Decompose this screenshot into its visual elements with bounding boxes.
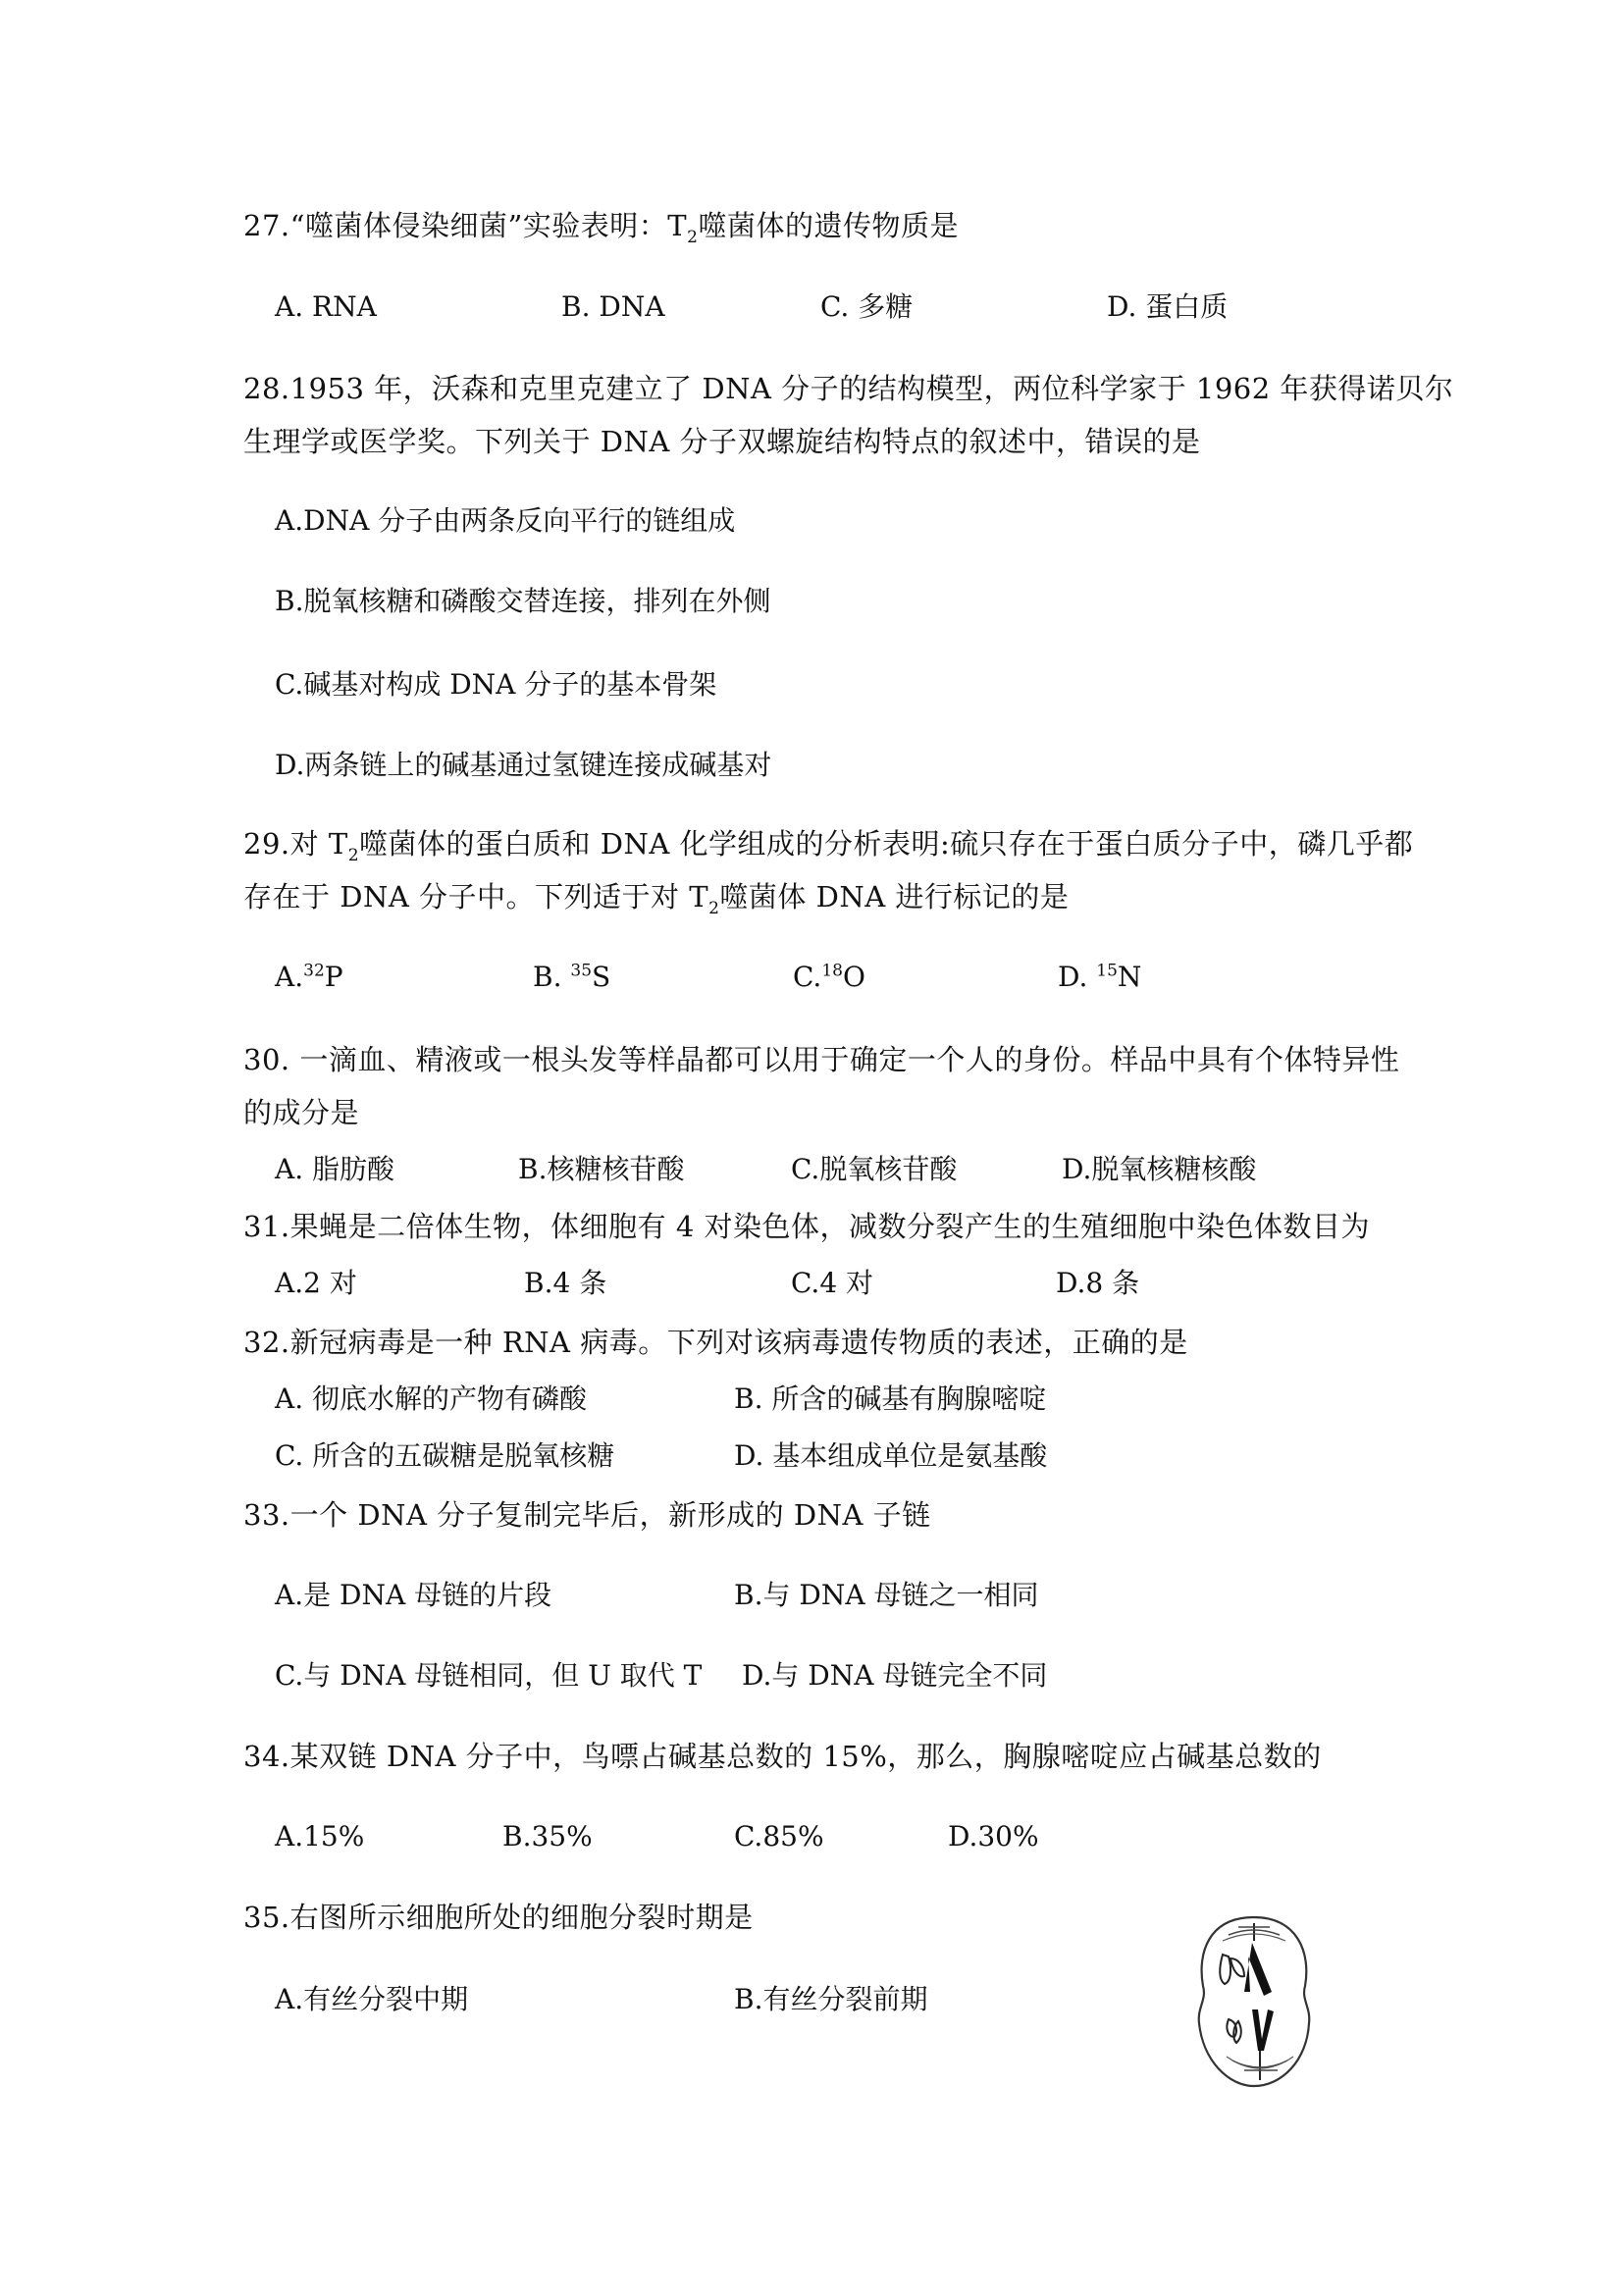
q29-option-d[interactable]: D. 15N [1058, 960, 1141, 995]
q31-option-d[interactable]: D.8 条 [1056, 1266, 1139, 1301]
subscript: 2 [348, 846, 359, 865]
q30-option-c[interactable]: C.脱氧核苷酸 [791, 1152, 957, 1187]
q33-option-c[interactable]: C.与 DNA 母链相同，但 U 取代 T [275, 1658, 702, 1694]
q33-option-d[interactable]: D.与 DNA 母链完全不同 [742, 1658, 1047, 1694]
question-35-stem: 35.右图所示细胞所处的细胞分裂时期是 [243, 1900, 754, 1935]
q33-option-a[interactable]: A.是 DNA 母链的片段 [275, 1578, 551, 1613]
stem-text: 29.对 T [243, 827, 348, 861]
q31-option-c[interactable]: C.4 对 [791, 1266, 873, 1301]
question-30-stem-line2: 的成分是 [243, 1095, 359, 1130]
q27-option-d[interactable]: D. 蛋白质 [1107, 289, 1228, 325]
question-31-stem: 31.果蝇是二倍体生物，体细胞有 4 对染色体，减数分裂产生的生殖细胞中染色体数… [243, 1209, 1370, 1244]
q32-option-b[interactable]: B. 所含的碱基有胸腺嘧啶 [734, 1382, 1046, 1417]
q30-option-b[interactable]: B.核糖核苷酸 [518, 1152, 684, 1187]
q28-option-a[interactable]: A.DNA 分子由两条反向平行的链组成 [275, 503, 735, 539]
question-33-stem: 33.一个 DNA 分子复制完毕后，新形成的 DNA 子链 [243, 1497, 931, 1533]
q27-option-c[interactable]: C. 多糖 [820, 289, 913, 325]
element-symbol: P [325, 961, 343, 993]
q27-option-b[interactable]: B. DNA [561, 289, 665, 325]
q33-option-b[interactable]: B.与 DNA 母链之一相同 [734, 1578, 1038, 1613]
q35-option-a[interactable]: A.有丝分裂中期 [275, 1982, 468, 2017]
q31-option-b[interactable]: B.4 条 [524, 1266, 606, 1301]
q28-option-c[interactable]: C.碱基对构成 DNA 分子的基本骨架 [275, 667, 716, 703]
q29-option-b[interactable]: B. 35S [533, 960, 610, 995]
subscript: 2 [708, 899, 719, 918]
option-prefix: B. [533, 961, 570, 993]
q29-option-a[interactable]: A.32P [275, 960, 343, 995]
isotope-mass: 35 [570, 962, 592, 981]
isotope-mass: 32 [303, 962, 325, 981]
stem-text: 噬菌体的蛋白质和 DNA 化学组成的分析表明:硫只存在于蛋白质分子中，磷几乎都 [359, 827, 1413, 861]
stem-text: 存在于 DNA 分子中。下列适于对 T [243, 880, 708, 913]
option-prefix: A. [275, 961, 303, 993]
q27-option-a[interactable]: A. RNA [275, 289, 377, 325]
cell-icon [1189, 1913, 1319, 2090]
question-27-stem: 27.“噬菌体侵染细菌”实验表明：T2噬菌体的遗传物质是 [243, 208, 959, 243]
question-27-stem-part2: 噬菌体的遗传物质是 [698, 209, 959, 242]
stem-text: 噬菌体 DNA 进行标记的是 [719, 880, 1069, 913]
question-34-stem: 34.某双链 DNA 分子中，鸟嘌占碱基总数的 15%，那么，胸腺嘧啶应占碱基总… [243, 1739, 1322, 1774]
question-30-stem-line1: 30. 一滴血、精液或一根头发等样晶都可以用于确定一个人的身份。样品中具有个体特… [243, 1042, 1399, 1077]
q34-option-c[interactable]: C.85% [734, 1819, 824, 1854]
q28-option-b[interactable]: B.脱氧核糖和磷酸交替连接，排列在外侧 [275, 584, 770, 619]
question-29-stem-line1: 29.对 T2噬菌体的蛋白质和 DNA 化学组成的分析表明:硫只存在于蛋白质分子… [243, 826, 1413, 861]
q32-option-d[interactable]: D. 基本组成单位是氨基酸 [734, 1438, 1047, 1474]
q30-option-d[interactable]: D.脱氧核糖核酸 [1062, 1152, 1256, 1187]
subscript: 2 [687, 228, 698, 247]
element-symbol: O [843, 961, 865, 993]
option-prefix: C. [793, 961, 821, 993]
q29-option-c[interactable]: C.18O [793, 960, 865, 995]
q34-option-d[interactable]: D.30% [948, 1819, 1039, 1854]
q34-option-a[interactable]: A.15% [275, 1819, 364, 1854]
q32-option-c[interactable]: C. 所含的五碳糖是脱氧核糖 [275, 1438, 614, 1474]
q28-option-d[interactable]: D.两条链上的碱基通过氢键连接成碱基对 [275, 748, 771, 783]
element-symbol: N [1118, 961, 1142, 993]
question-32-stem: 32.新冠病毒是一种 RNA 病毒。下列对该病毒遗传物质的表述，正确的是 [243, 1325, 1188, 1360]
isotope-mass: 15 [1096, 962, 1118, 981]
element-symbol: S [592, 961, 610, 993]
q35-option-b[interactable]: B.有丝分裂前期 [734, 1982, 927, 2017]
question-29-stem-line2: 存在于 DNA 分子中。下列适于对 T2噬菌体 DNA 进行标记的是 [243, 879, 1069, 914]
q34-option-b[interactable]: B.35% [502, 1819, 593, 1854]
cell-division-figure [1189, 1913, 1319, 2090]
option-prefix: D. [1058, 961, 1096, 993]
q32-option-a[interactable]: A. 彻底水解的产物有磷酸 [275, 1382, 587, 1417]
question-28-stem-line1: 28.1953 年，沃森和克里克建立了 DNA 分子的结构模型，两位科学家于 1… [243, 371, 1453, 406]
isotope-mass: 18 [821, 962, 843, 981]
question-28-stem-line2: 生理学或医学奖。下列关于 DNA 分子双螺旋结构特点的叙述中，错误的是 [243, 424, 1201, 459]
q31-option-a[interactable]: A.2 对 [275, 1266, 357, 1301]
exam-page: 27.“噬菌体侵染细菌”实验表明：T2噬菌体的遗传物质是 A. RNA B. D… [0, 0, 1623, 2296]
question-27-stem-part1: 27.“噬菌体侵染细菌”实验表明：T [243, 209, 687, 242]
q30-option-a[interactable]: A. 脂肪酸 [275, 1152, 394, 1187]
